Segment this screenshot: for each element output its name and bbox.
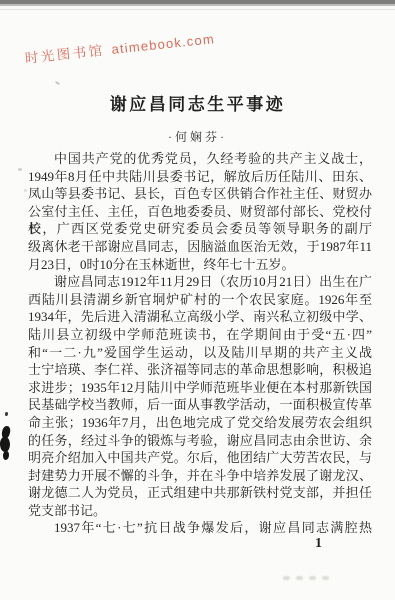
text-line: 1949年8月任中共陆川县委书记，解放后历任陆川、田东、 — [28, 168, 372, 186]
scanned-book-page: 时光图书馆atimebook.com 谢应昌同志生平事迹 ·何娴芬· 中国共产党… — [0, 0, 395, 600]
text-line: 中国共产党的优秀党员，久经考验的共产主义战士， — [28, 150, 372, 168]
ink-speck — [5, 412, 8, 416]
text-line: 封建势力开展不懈的斗争，并在斗争中培养发展了谢龙汉、 — [28, 467, 372, 485]
text-line: 党支部书记。 — [28, 502, 372, 520]
page-title: 谢应昌同志生平事迹 — [0, 90, 395, 115]
page-number: 1 — [315, 536, 322, 552]
watermark-cn-text: 时光图书馆 — [24, 43, 105, 66]
text-line: 月23日，0时10分在玉林逝世，终年七十五岁。 — [28, 256, 372, 274]
scan-edge-line — [0, 9, 395, 10]
text-line: 明亮介绍加入中国共产党。尔后，他团结广大劳苦农民，与 — [28, 449, 372, 467]
text-line: 西陆川县清湖乡新官垌炉矿村的一个农民家庭。1926年至 — [28, 291, 372, 309]
text-line: 凤山等县委书记、县长，百色专区供销合作社主任、财贸办 — [28, 185, 372, 203]
text-line: 级离休老干部谢应昌同志，因脑溢血医治无效，于1987年11 — [28, 238, 372, 256]
watermark: 时光图书馆atimebook.com — [24, 27, 216, 68]
scan-speck — [18, 168, 22, 171]
text-line: 命主张；1936年7月，出色地完成了党交给发展劳农会组织 — [28, 414, 372, 432]
body-lines: 中国共产党的优秀党员，久经考验的共产主义战士，1949年8月任中共陆川县委书记，… — [28, 150, 372, 537]
text-line: 的任务，经过斗争的锻炼与考验，谢应昌同志由余世访、余 — [28, 432, 372, 450]
text-line: 士宁培瑛、李仁祥、张济福等同志的革命思想影响，积极追 — [28, 361, 372, 379]
text-line: 公室付主任、主任，百色地委委员、财贸部付部长、党校付校 — [28, 203, 372, 221]
scan-speck — [24, 189, 27, 192]
text-line: 谢应昌同志1912年11月29日（农历10月21日）出生在广 — [28, 273, 372, 291]
scan-smudge — [283, 573, 341, 582]
scan-edge-bar-light — [0, 4, 395, 6]
author-byline: ·何娴芬· — [0, 128, 395, 145]
text-line: 1934年，先后进入清湖私立高级小学、南兴私立初级中学、 — [28, 308, 372, 326]
text-line: 求进步；1935年12月陆川中学师范班毕业便在本村那新铁国 — [28, 379, 372, 397]
text-line: 陆川县立初级中学师范班读书，在学期间由于受“五·四” — [28, 326, 372, 344]
ink-blob — [3, 451, 9, 460]
scan-speck — [55, 81, 60, 86]
text-line: 谢龙德二人为党员，正式组建中共那新铁村党支部，并担任 — [28, 484, 372, 502]
text-line: 1937年“七·七”抗日战争爆发后，谢应昌同志满腔热 — [28, 519, 372, 537]
text-line: 民基础学校当教师，后一面从事教学活动，一面积极宣传革 — [28, 396, 372, 414]
text-line: 长，广西区党委党史研究委员会委员等领导职务的副厅 — [28, 220, 372, 238]
text-line: 和“一二·九”爱国学生运动，以及陆川早期的共产主义战 — [28, 344, 372, 362]
watermark-en-text: atimebook.com — [111, 31, 216, 57]
